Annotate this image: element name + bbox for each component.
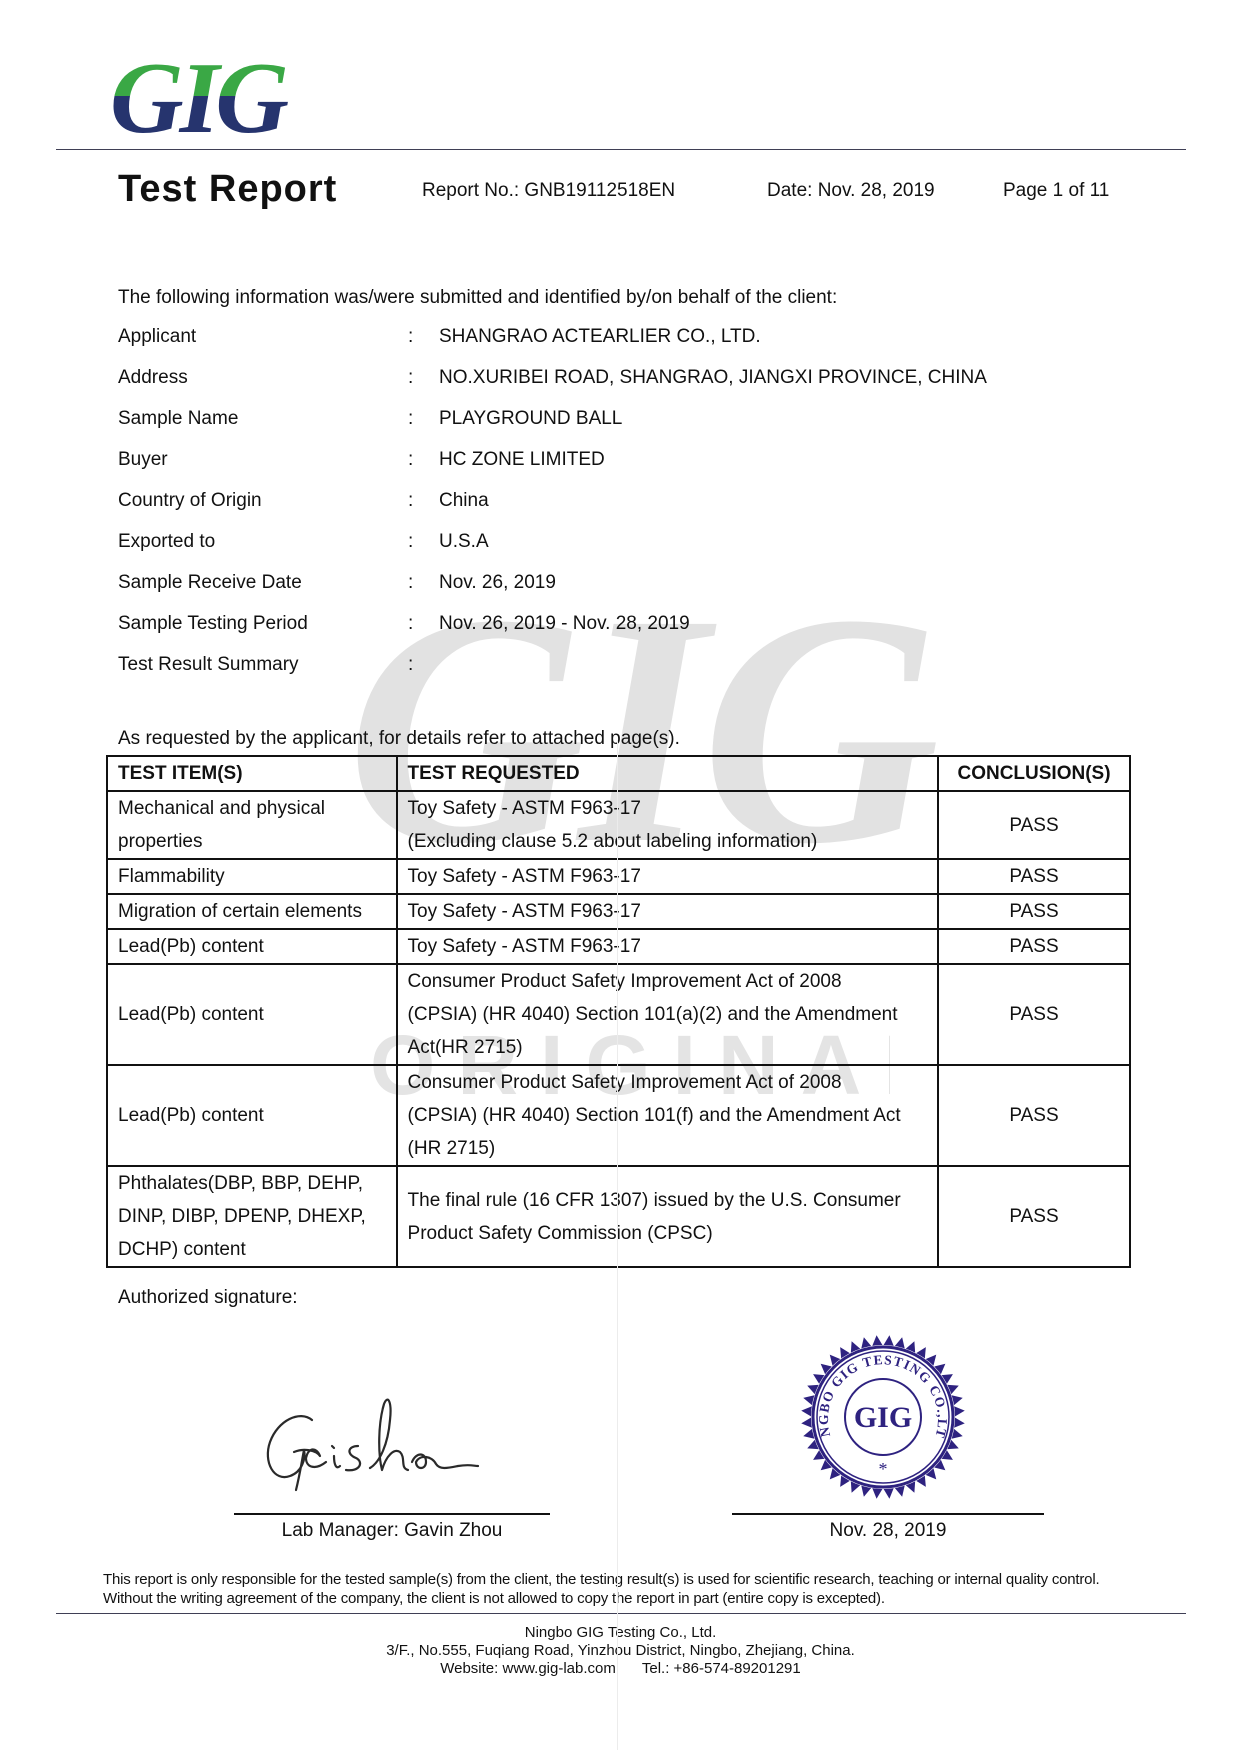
- signature-line: [234, 1513, 550, 1515]
- table-row: Lead(Pb) contentConsumer Product Safety …: [107, 964, 1130, 1065]
- info-label: Test Result Summary: [118, 654, 408, 676]
- test-requested-cell-line: Consumer Product Safety Improvement Act …: [408, 965, 928, 998]
- header-divider: [56, 149, 1186, 150]
- test-requested-cell-line: Toy Safety - ASTM F963-17: [408, 860, 928, 893]
- info-colon: :: [408, 613, 439, 635]
- report-date: Date: Nov. 28, 2019: [767, 180, 935, 202]
- info-colon: :: [408, 490, 439, 512]
- test-item-cell-line: Migration of certain elements: [118, 895, 386, 928]
- table-row: Migration of certain elementsToy Safety …: [107, 894, 1130, 929]
- info-label: Applicant: [118, 326, 408, 348]
- info-row: Exported to:U.S.A: [118, 531, 1118, 572]
- info-row: Country of Origin:China: [118, 490, 1118, 531]
- test-requested-cell: Toy Safety - ASTM F963-17: [397, 859, 939, 894]
- test-requested-cell-line: (HR 2715): [408, 1132, 928, 1165]
- info-colon: :: [408, 531, 439, 553]
- test-requested-cell-line: (Excluding clause 5.2 about labeling inf…: [408, 825, 928, 858]
- test-item-cell-line: Flammability: [118, 860, 386, 893]
- footer-address: 3/F., No.555, Fuqiang Road, Yinzhou Dist…: [0, 1642, 1241, 1660]
- info-row: Sample Receive Date:Nov. 26, 2019: [118, 572, 1118, 613]
- table-row: Phthalates(DBP, BBP, DEHP,DINP, DIBP, DP…: [107, 1166, 1130, 1267]
- conclusion-cell: PASS: [938, 791, 1130, 859]
- test-item-cell-line: Mechanical and physical: [118, 792, 386, 825]
- table-row: FlammabilityToy Safety - ASTM F963-17PAS…: [107, 859, 1130, 894]
- footer-company: Ningbo GIG Testing Co., Ltd.: [0, 1624, 1241, 1642]
- conclusion-cell: PASS: [938, 929, 1130, 964]
- conclusion-cell: PASS: [938, 1065, 1130, 1166]
- watermark-fold-line: [617, 740, 618, 1750]
- test-requested-cell: The final rule (16 CFR 1307) issued by t…: [397, 1166, 939, 1267]
- results-header-row: TEST ITEM(S) TEST REQUESTED CONCLUSION(S…: [107, 756, 1130, 791]
- column-header-conclusion: CONCLUSION(S): [938, 756, 1130, 791]
- conclusion-cell: PASS: [938, 1166, 1130, 1267]
- info-row: Sample Name:PLAYGROUND BALL: [118, 408, 1118, 449]
- signature-date: Nov. 28, 2019: [732, 1520, 1044, 1542]
- company-seal-icon: NINGBO GIG TESTING CO.,LTD. GIG *: [800, 1334, 966, 1500]
- disclaimer-text: This report is only responsible for the …: [103, 1570, 1143, 1608]
- info-label: Address: [118, 367, 408, 389]
- table-row: Lead(Pb) contentConsumer Product Safety …: [107, 1065, 1130, 1166]
- column-header-test-item: TEST ITEM(S): [107, 756, 397, 791]
- page-indicator: Page 1 of 11: [1003, 180, 1109, 202]
- test-item-cell: Migration of certain elements: [107, 894, 397, 929]
- table-row: Lead(Pb) contentToy Safety - ASTM F963-1…: [107, 929, 1130, 964]
- info-value: Nov. 26, 2019: [439, 572, 1118, 594]
- client-info-intro: The following information was/were submi…: [118, 287, 837, 309]
- info-colon: :: [408, 654, 439, 676]
- test-item-cell: Mechanical and physicalproperties: [107, 791, 397, 859]
- info-row: Test Result Summary:: [118, 654, 1118, 695]
- footer-divider: [56, 1613, 1186, 1614]
- conclusion-cell: PASS: [938, 964, 1130, 1065]
- authorized-signature-label: Authorized signature:: [118, 1287, 298, 1309]
- footer-tel: Tel.: +86-574-89201291: [642, 1660, 801, 1677]
- info-value: NO.XURIBEI ROAD, SHANGRAO, JIANGXI PROVI…: [439, 367, 1118, 389]
- info-row: Address:NO.XURIBEI ROAD, SHANGRAO, JIANG…: [118, 367, 1118, 408]
- test-requested-cell-line: The final rule (16 CFR 1307) issued by t…: [408, 1184, 928, 1217]
- client-info-list: Applicant:SHANGRAO ACTEARLIER CO., LTD.A…: [118, 326, 1118, 695]
- svg-text:GIG: GIG: [854, 1401, 912, 1434]
- info-value: Nov. 26, 2019 - Nov. 28, 2019: [439, 613, 1118, 635]
- results-table: TEST ITEM(S) TEST REQUESTED CONCLUSION(S…: [106, 755, 1131, 1268]
- test-requested-cell: Toy Safety - ASTM F963-17(Excluding clau…: [397, 791, 939, 859]
- test-requested-cell-line: (CPSIA) (HR 4040) Section 101(a)(2) and …: [408, 998, 928, 1031]
- test-item-cell: Lead(Pb) content: [107, 964, 397, 1065]
- date-signature-line: [732, 1513, 1044, 1515]
- test-item-cell: Lead(Pb) content: [107, 929, 397, 964]
- info-value: China: [439, 490, 1118, 512]
- footer-website: Website: www.gig-lab.com: [440, 1660, 616, 1677]
- info-row: Sample Testing Period:Nov. 26, 2019 - No…: [118, 613, 1118, 654]
- test-item-cell: Phthalates(DBP, BBP, DEHP,DINP, DIBP, DP…: [107, 1166, 397, 1267]
- info-value: HC ZONE LIMITED: [439, 449, 1118, 471]
- test-item-cell-line: DCHP) content: [118, 1233, 386, 1266]
- info-label: Country of Origin: [118, 490, 408, 512]
- results-note: As requested by the applicant, for detai…: [118, 728, 680, 750]
- test-requested-cell-line: (CPSIA) (HR 4040) Section 101(f) and the…: [408, 1099, 928, 1132]
- info-row: Buyer:HC ZONE LIMITED: [118, 449, 1118, 490]
- test-requested-cell-line: Consumer Product Safety Improvement Act …: [408, 1066, 928, 1099]
- test-item-cell-line: Phthalates(DBP, BBP, DEHP,: [118, 1167, 386, 1200]
- table-row: Mechanical and physicalpropertiesToy Saf…: [107, 791, 1130, 859]
- lab-manager-name: Lab Manager: Gavin Zhou: [234, 1520, 550, 1542]
- test-requested-cell-line: Toy Safety - ASTM F963-17: [408, 930, 928, 963]
- test-requested-cell-line: Toy Safety - ASTM F963-17: [408, 895, 928, 928]
- info-value: SHANGRAO ACTEARLIER CO., LTD.: [439, 326, 1118, 348]
- info-label: Sample Receive Date: [118, 572, 408, 594]
- info-label: Sample Name: [118, 408, 408, 430]
- column-header-test-requested: TEST REQUESTED: [397, 756, 939, 791]
- info-value: U.S.A: [439, 531, 1118, 553]
- footer: Ningbo GIG Testing Co., Ltd. 3/F., No.55…: [0, 1624, 1241, 1678]
- test-item-cell-line: Lead(Pb) content: [118, 1099, 386, 1132]
- test-requested-cell-line: Act(HR 2715): [408, 1031, 928, 1064]
- info-colon: :: [408, 367, 439, 389]
- test-item-cell-line: Lead(Pb) content: [118, 930, 386, 963]
- test-item-cell: Flammability: [107, 859, 397, 894]
- info-colon: :: [408, 326, 439, 348]
- info-colon: :: [408, 449, 439, 471]
- info-row: Applicant:SHANGRAO ACTEARLIER CO., LTD.: [118, 326, 1118, 367]
- test-requested-cell: Consumer Product Safety Improvement Act …: [397, 1065, 939, 1166]
- test-requested-cell: Toy Safety - ASTM F963-17: [397, 929, 939, 964]
- test-requested-cell-line: Product Safety Commission (CPSC): [408, 1217, 928, 1250]
- gig-logo: GIG GIG: [110, 56, 340, 138]
- info-label: Sample Testing Period: [118, 613, 408, 635]
- test-item-cell-line: DINP, DIBP, DPENP, DHEXP,: [118, 1200, 386, 1233]
- signature-image: [260, 1390, 530, 1500]
- test-item-cell-line: properties: [118, 825, 386, 858]
- report-number: Report No.: GNB19112518EN: [422, 180, 675, 202]
- info-colon: :: [408, 408, 439, 430]
- test-requested-cell-line: Toy Safety - ASTM F963-17: [408, 792, 928, 825]
- test-item-cell: Lead(Pb) content: [107, 1065, 397, 1166]
- test-requested-cell: Toy Safety - ASTM F963-17: [397, 894, 939, 929]
- conclusion-cell: PASS: [938, 859, 1130, 894]
- info-colon: :: [408, 572, 439, 594]
- test-item-cell-line: Lead(Pb) content: [118, 998, 386, 1031]
- page-title: Test Report: [118, 168, 337, 211]
- info-label: Buyer: [118, 449, 408, 471]
- info-value: PLAYGROUND BALL: [439, 408, 1118, 430]
- conclusion-cell: PASS: [938, 894, 1130, 929]
- test-requested-cell: Consumer Product Safety Improvement Act …: [397, 964, 939, 1065]
- svg-text:*: *: [879, 1459, 888, 1479]
- info-label: Exported to: [118, 531, 408, 553]
